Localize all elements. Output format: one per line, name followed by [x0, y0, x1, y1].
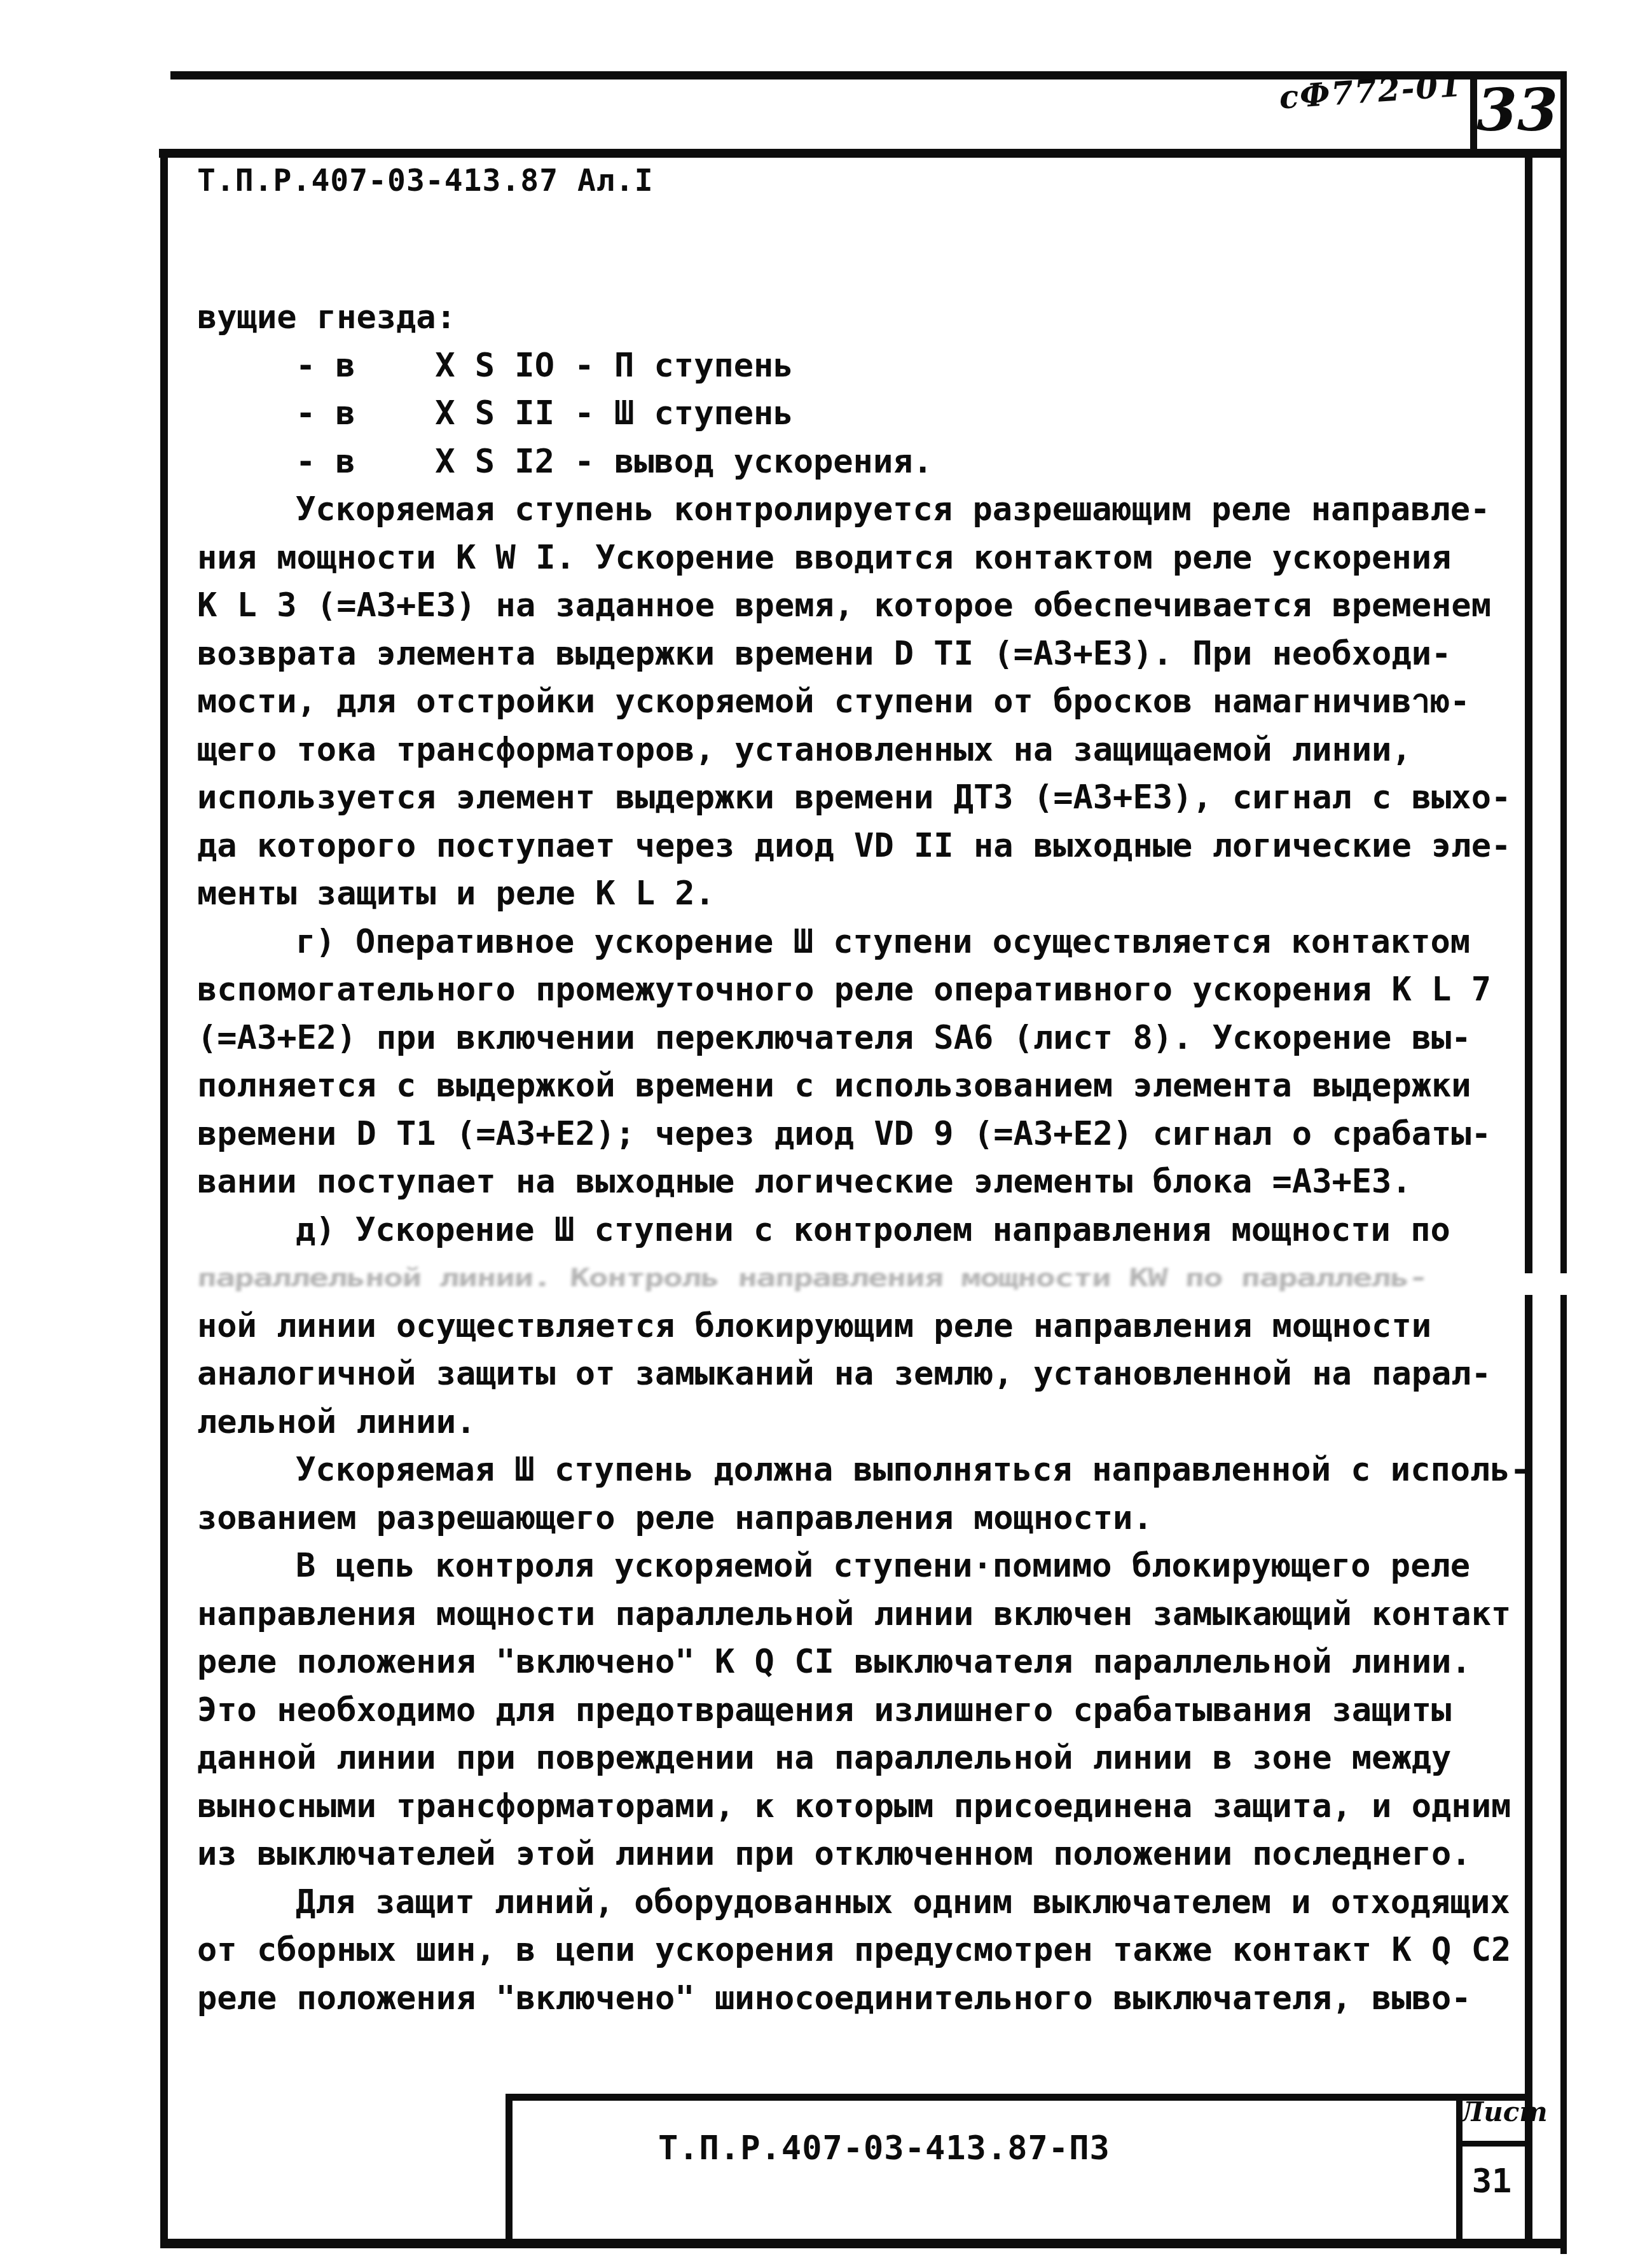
text-line: В цепь контроля ускоряемой ступени·помим…	[197, 1542, 1526, 1591]
sheet-cell-mid-divider	[1456, 2141, 1526, 2147]
text-line: Для защит линий, оборудованных одним вык…	[197, 1879, 1526, 1927]
text-line: г) Оперативное ускорение Ш ступени осуще…	[197, 918, 1526, 967]
text-line: лельной линии.	[197, 1399, 1526, 1447]
frame-top-border	[159, 149, 1567, 158]
text-line: выносными трансформаторами, к которым пр…	[197, 1783, 1526, 1831]
text-line: - в X S I2 - вывод ускорения.	[197, 438, 1526, 487]
text-line: возврата элемента выдержки времени D TI …	[197, 630, 1526, 679]
document-header-code: Т.П.Р.407-03-413.87 Ал.I	[197, 163, 654, 198]
text-line: реле положения "включено" шиносоединител…	[197, 1975, 1526, 2023]
text-line: ния мощности К W I. Ускорение вводится к…	[197, 534, 1526, 583]
text-line: ной линии осуществляется блокирующим рел…	[197, 1303, 1526, 1351]
text-line: - в X S II - Ш ступень	[197, 390, 1526, 438]
text-line: щего тока трансформаторов, установленных…	[197, 726, 1526, 775]
text-line: времени D T1 (=А3+Е2); через диод VD 9 (…	[197, 1110, 1526, 1159]
body-text: вущие гнезда:- в X S IO - П ступень- в X…	[197, 294, 1526, 2023]
text-line: параллельной линии. Контроль направления…	[196, 1260, 1527, 1296]
scanned-document-page: { "page": { "corner_mark_handwritten": "…	[0, 0, 1652, 2268]
text-line: данной линии при повреждении на параллел…	[197, 1734, 1526, 1783]
frame-left-border	[160, 149, 168, 2248]
text-line: вании поступает на выходные логические э…	[197, 1158, 1526, 1207]
text-line: вущие гнезда:	[197, 294, 1526, 342]
text-line: вспомогательного промежуточного реле опе…	[197, 966, 1526, 1014]
text-line: из выключателей этой линии при отключенн…	[197, 1830, 1526, 1879]
text-line: Это необходимо для предотвращения излишн…	[197, 1687, 1526, 1735]
text-line: реле положения "включено" К Q СI выключа…	[197, 1638, 1526, 1687]
footer-box-top-border	[506, 2094, 1532, 2101]
text-line: полняется с выдержкой времени с использо…	[197, 1062, 1526, 1110]
text-line: Ускоряемая ступень контролируется разреш…	[197, 486, 1526, 534]
text-line: д) Ускорение Ш ступени с контролем напра…	[197, 1207, 1526, 1255]
text-line: от сборных шин, в цепи ускорения предусм…	[197, 1926, 1526, 1975]
text-line: зованием разрешающего реле направления м…	[197, 1495, 1526, 1543]
outer-right-border	[1560, 71, 1567, 2254]
text-line: аналогичной защиты от замыканий на землю…	[197, 1350, 1526, 1399]
text-line: (=А3+Е2) при включении переключателя SА6…	[197, 1014, 1526, 1063]
text-line: да которого поступает через диод VD II н…	[197, 822, 1526, 871]
text-line: - в X S IO - П ступень	[197, 342, 1526, 391]
footer-box-left-border	[506, 2094, 513, 2241]
footer-doc-code: Т.П.Р.407-03-413.87-ПЗ	[658, 2129, 1110, 2168]
page-number: 33	[1476, 75, 1557, 151]
text-line: менты защиты и реле К L 2.	[197, 870, 1526, 918]
frame-bottom-border	[160, 2239, 1567, 2248]
text-line: Ускоряемая Ш ступень должна выполняться …	[197, 1446, 1526, 1495]
sheet-number: 31	[1460, 2162, 1524, 2201]
sheet-label: Лист	[1460, 2096, 1524, 2127]
text-line: К L 3 (=А3+Е3) на заданное время, которо…	[197, 582, 1526, 630]
text-line: мости, для отстройки ускоряемой ступени …	[197, 678, 1526, 726]
text-line: используется элемент выдержки времени ДТ…	[197, 774, 1526, 822]
text-line: направления мощности параллельной линии …	[197, 1591, 1526, 1639]
